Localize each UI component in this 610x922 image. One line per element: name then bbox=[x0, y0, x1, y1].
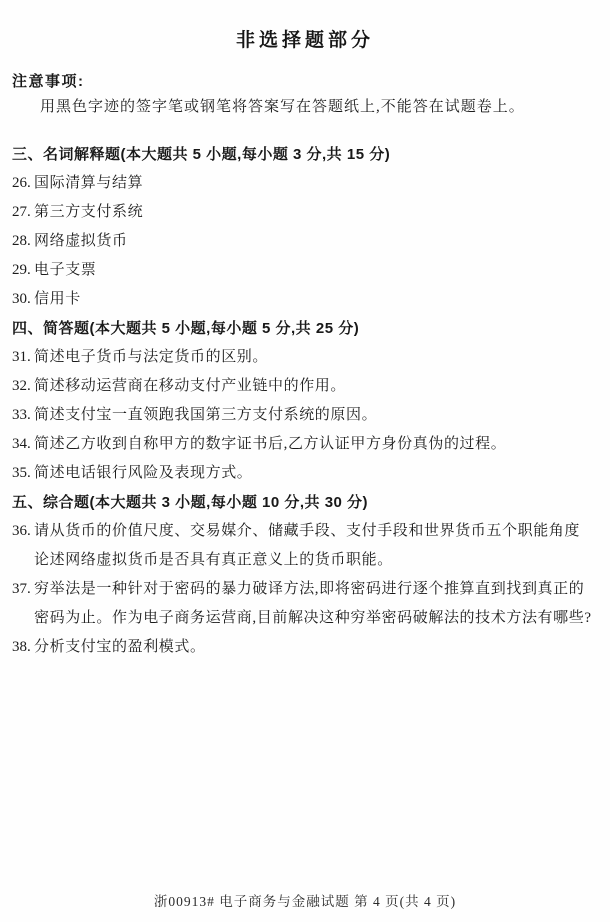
question-35: 35. 简述电话银行风险及表现方式。 bbox=[12, 459, 594, 488]
question-text: 国际清算与结算 bbox=[34, 169, 594, 198]
question-text: 请从货币的价值尺度、交易媒介、储藏手段、支付手段和世界货币五个职能角度论述网络虚… bbox=[34, 517, 594, 575]
section-heading-short-answer: 四、简答题(本大题共 5 小题,每小题 5 分,共 25 分) bbox=[12, 314, 594, 343]
question-text: 分析支付宝的盈利模式。 bbox=[34, 633, 594, 662]
section-heading-comprehensive: 五、综合题(本大题共 3 小题,每小题 10 分,共 30 分) bbox=[12, 488, 594, 517]
question-number: 38. bbox=[12, 633, 32, 662]
question-number: 31. bbox=[12, 343, 32, 372]
question-text: 网络虚拟货币 bbox=[34, 227, 594, 256]
question-number: 32. bbox=[12, 372, 32, 401]
question-number: 29. bbox=[12, 256, 32, 285]
question-text: 简述支付宝一直领跑我国第三方支付系统的原因。 bbox=[34, 401, 594, 430]
question-text: 简述电子货币与法定货币的区别。 bbox=[34, 343, 594, 372]
question-text: 穷举法是一种针对于密码的暴力破译方法,即将密码进行逐个推算直到找到真正的密码为止… bbox=[34, 575, 594, 633]
question-number: 27. bbox=[12, 198, 32, 227]
question-number: 36. bbox=[12, 517, 32, 546]
question-text: 简述乙方收到自称甲方的数字证书后,乙方认证甲方身份真伪的过程。 bbox=[34, 430, 594, 459]
question-number: 37. bbox=[12, 575, 32, 604]
question-38: 38. 分析支付宝的盈利模式。 bbox=[12, 633, 594, 662]
question-number: 34. bbox=[12, 430, 32, 459]
page-footer: 浙00913# 电子商务与金融试题 第 4 页(共 4 页) bbox=[0, 890, 610, 910]
page-title: 非选择题部分 bbox=[0, 0, 610, 52]
question-33: 33. 简述支付宝一直领跑我国第三方支付系统的原因。 bbox=[12, 401, 594, 430]
question-26: 26. 国际清算与结算 bbox=[12, 169, 594, 198]
question-text: 电子支票 bbox=[34, 256, 594, 285]
question-29: 29. 电子支票 bbox=[12, 256, 594, 285]
question-32: 32. 简述移动运营商在移动支付产业链中的作用。 bbox=[12, 372, 594, 401]
question-30: 30. 信用卡 bbox=[12, 285, 594, 314]
question-text: 信用卡 bbox=[34, 285, 594, 314]
question-number: 28. bbox=[12, 227, 32, 256]
notes-body: 用黑色字迹的签字笔或钢笔将答案写在答题纸上,不能答在试题卷上。 bbox=[40, 93, 594, 122]
question-28: 28. 网络虚拟货币 bbox=[12, 227, 594, 256]
exam-paper-page: 非选择题部分 注意事项: 用黑色字迹的签字笔或钢笔将答案写在答题纸上,不能答在试… bbox=[0, 0, 610, 922]
notes-heading: 注意事项: bbox=[12, 71, 610, 93]
question-text: 简述移动运营商在移动支付产业链中的作用。 bbox=[34, 372, 594, 401]
section-heading-terms: 三、名词解释题(本大题共 5 小题,每小题 3 分,共 15 分) bbox=[12, 140, 594, 169]
question-number: 30. bbox=[12, 285, 32, 314]
question-text: 第三方支付系统 bbox=[34, 198, 594, 227]
question-number: 35. bbox=[12, 459, 32, 488]
question-36: 36. 请从货币的价值尺度、交易媒介、储藏手段、支付手段和世界货币五个职能角度论… bbox=[12, 517, 594, 575]
question-37: 37. 穷举法是一种针对于密码的暴力破译方法,即将密码进行逐个推算直到找到真正的… bbox=[12, 575, 594, 633]
question-number: 26. bbox=[12, 169, 32, 198]
question-content: 三、名词解释题(本大题共 5 小题,每小题 3 分,共 15 分) 26. 国际… bbox=[12, 140, 594, 662]
question-34: 34. 简述乙方收到自称甲方的数字证书后,乙方认证甲方身份真伪的过程。 bbox=[12, 430, 594, 459]
question-text: 简述电话银行风险及表现方式。 bbox=[34, 459, 594, 488]
question-number: 33. bbox=[12, 401, 32, 430]
question-27: 27. 第三方支付系统 bbox=[12, 198, 594, 227]
question-31: 31. 简述电子货币与法定货币的区别。 bbox=[12, 343, 594, 372]
